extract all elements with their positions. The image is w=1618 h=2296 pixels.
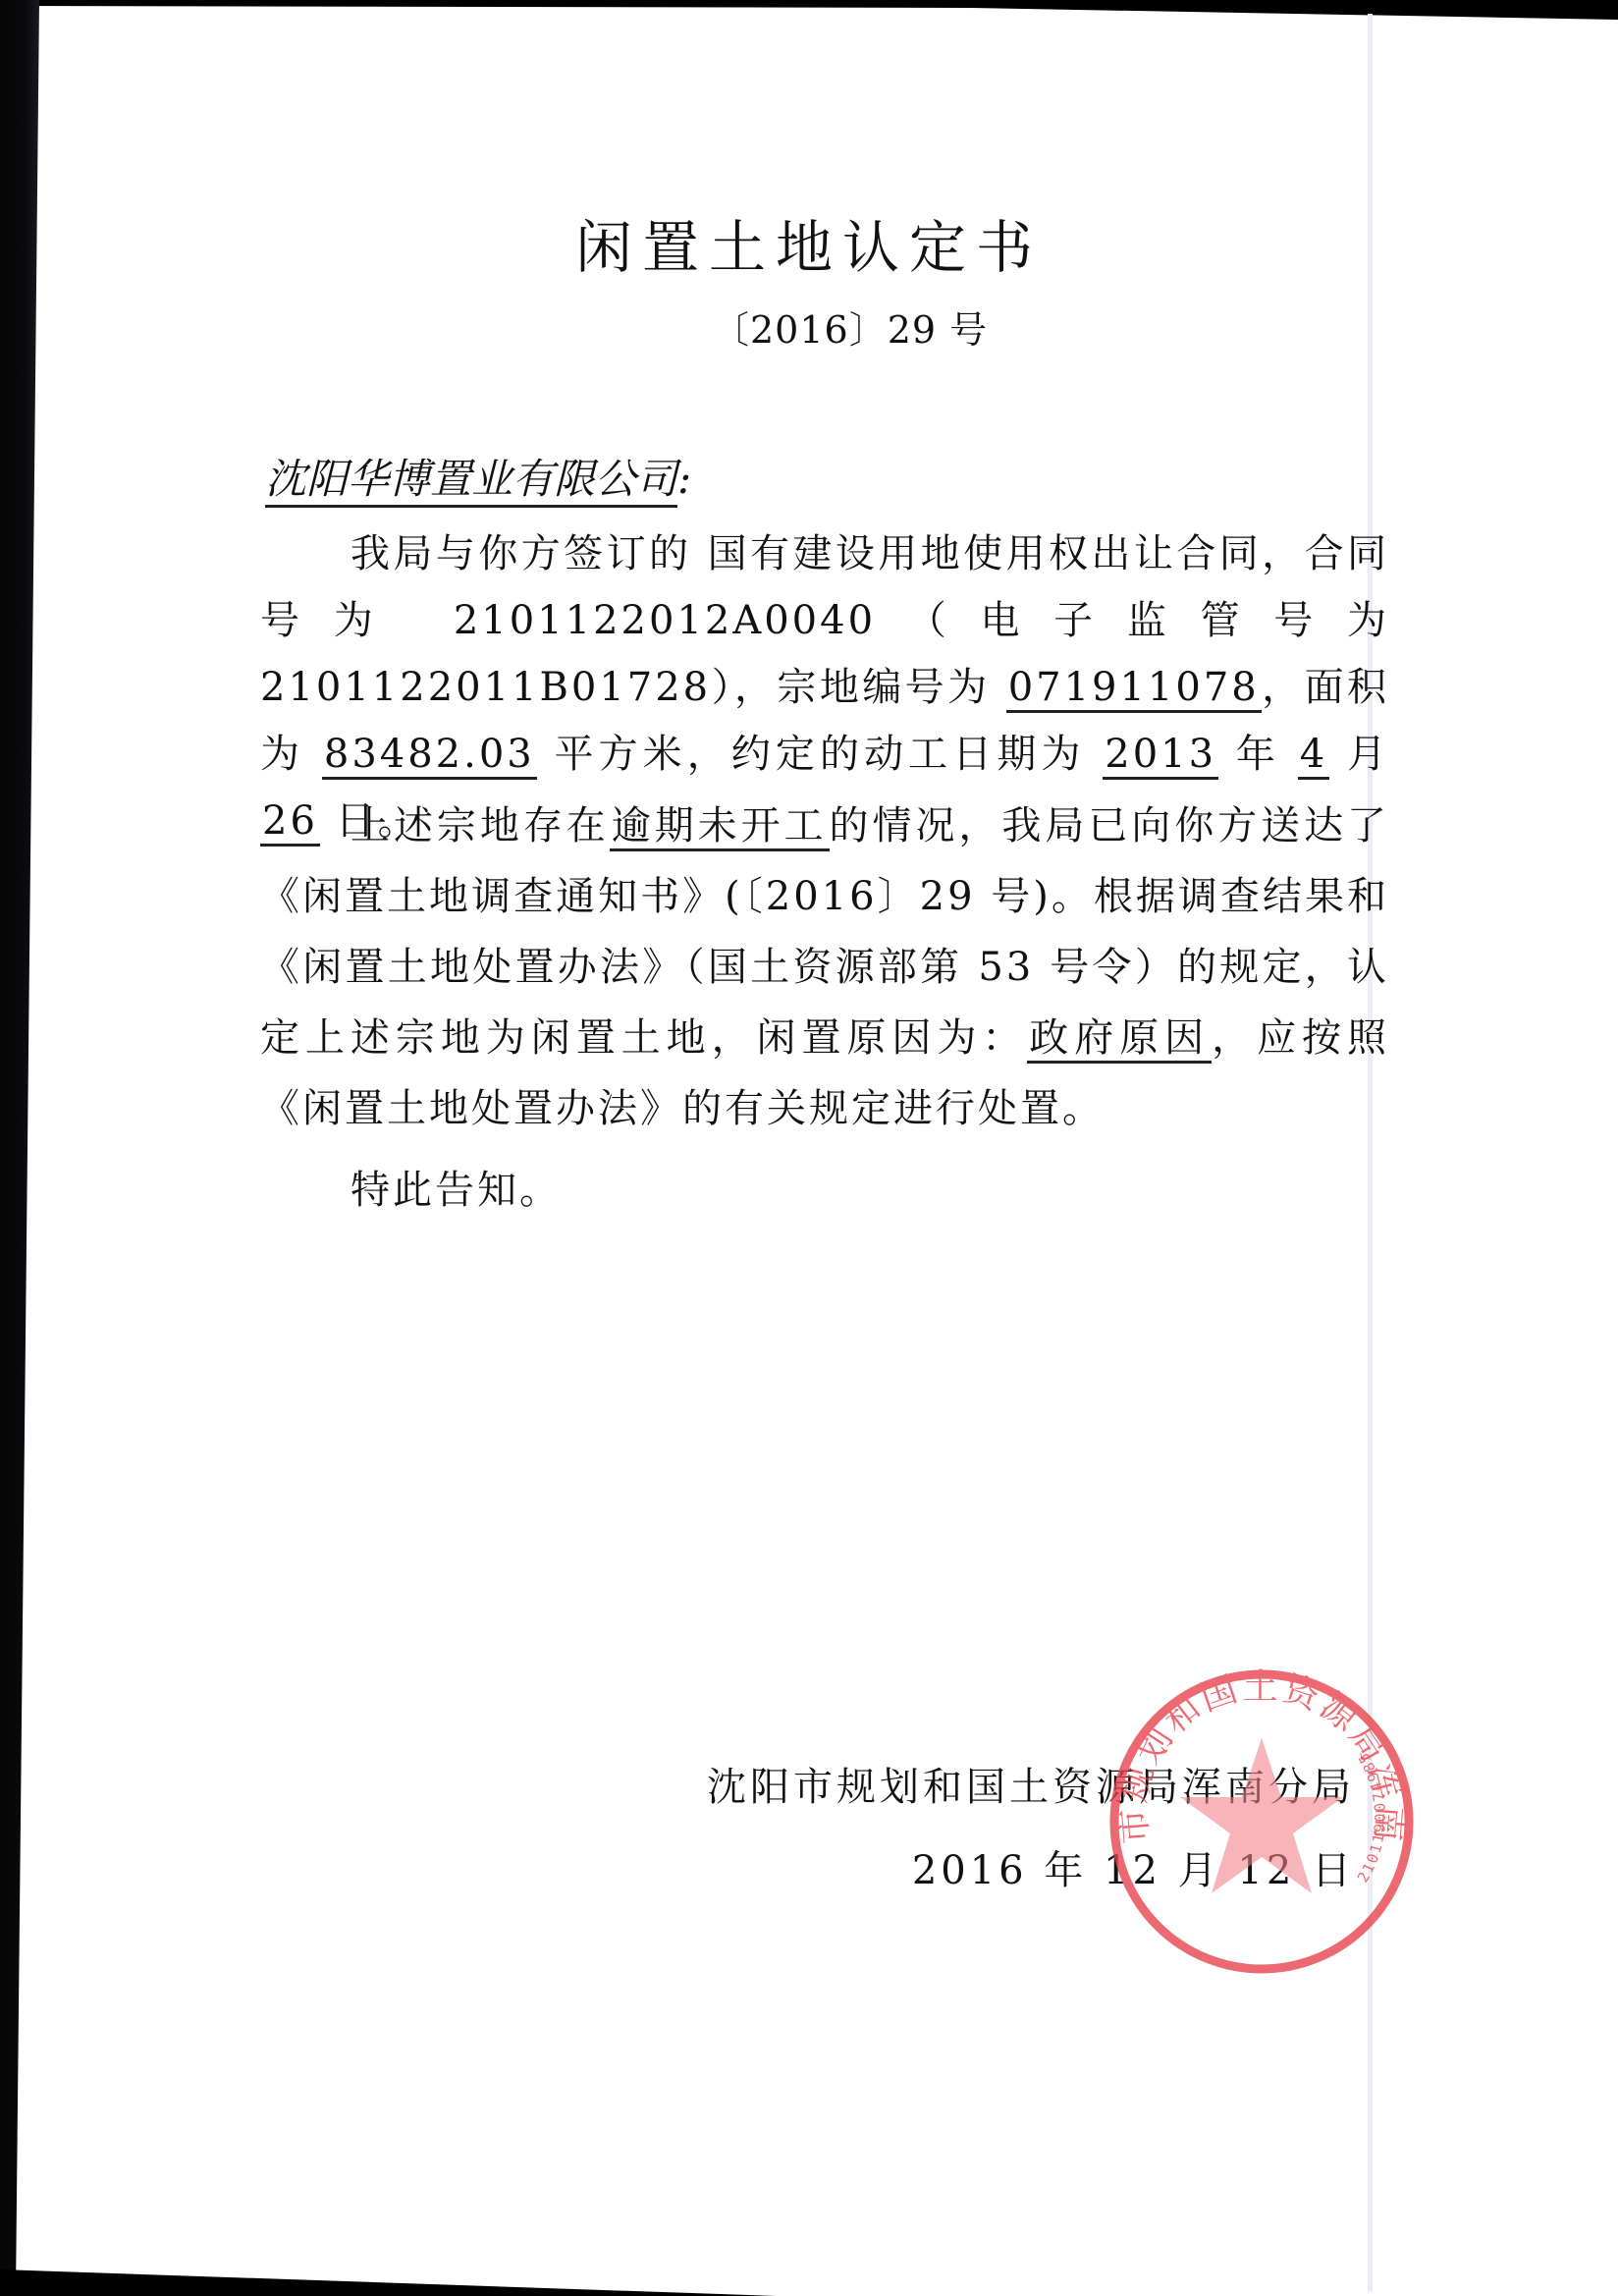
text: 上述宗地存在 <box>351 803 610 848</box>
document-page: 闲置土地认定书 〔2016〕29 号 沈阳华博置业有限公司: 我局与你方签订的 … <box>0 0 1618 2296</box>
supervision-number: 2101122011B01728 <box>260 665 711 710</box>
idle-reason: 政府原因 <box>1027 1015 1212 1064</box>
text: （电子监管号为 <box>876 598 1389 643</box>
land-area: 83482.03 <box>322 732 537 780</box>
start-year: 2013 <box>1103 732 1218 780</box>
text: 平方米，约定的动工日期为 <box>537 732 1104 777</box>
document-number: 〔2016〕29 号 <box>712 300 988 354</box>
text: ），宗地编号为 <box>711 665 1006 710</box>
addressee-colon: : <box>677 455 691 503</box>
document-title: 闲置土地认定书 <box>0 201 1618 284</box>
idle-situation: 逾期未开工 <box>610 803 830 851</box>
official-seal: 沈阳市规划和国土资源局浑南分局 2101190074985 <box>1100 1660 1424 1984</box>
paragraph-notice: 特此告知。 <box>260 1157 1389 1224</box>
addressee: 沈阳华博置业有限公司: <box>265 447 691 506</box>
text: 月 <box>1329 732 1389 777</box>
parcel-number: 071911078 <box>1006 665 1262 713</box>
text: 年 <box>1218 732 1298 777</box>
paragraph-determination: 上述宗地存在逾期未开工的情况，我局已向你方送达了《闲置土地调查通知书》(〔201… <box>260 791 1389 1144</box>
contract-number: 2101122012A0040 <box>454 598 876 643</box>
start-month: 4 <box>1298 732 1329 780</box>
addressee-name: 沈阳华博置业有限公司 <box>265 455 677 508</box>
seal-icon: 沈阳市规划和国土资源局浑南分局 2101190074985 <box>1100 1660 1424 1984</box>
